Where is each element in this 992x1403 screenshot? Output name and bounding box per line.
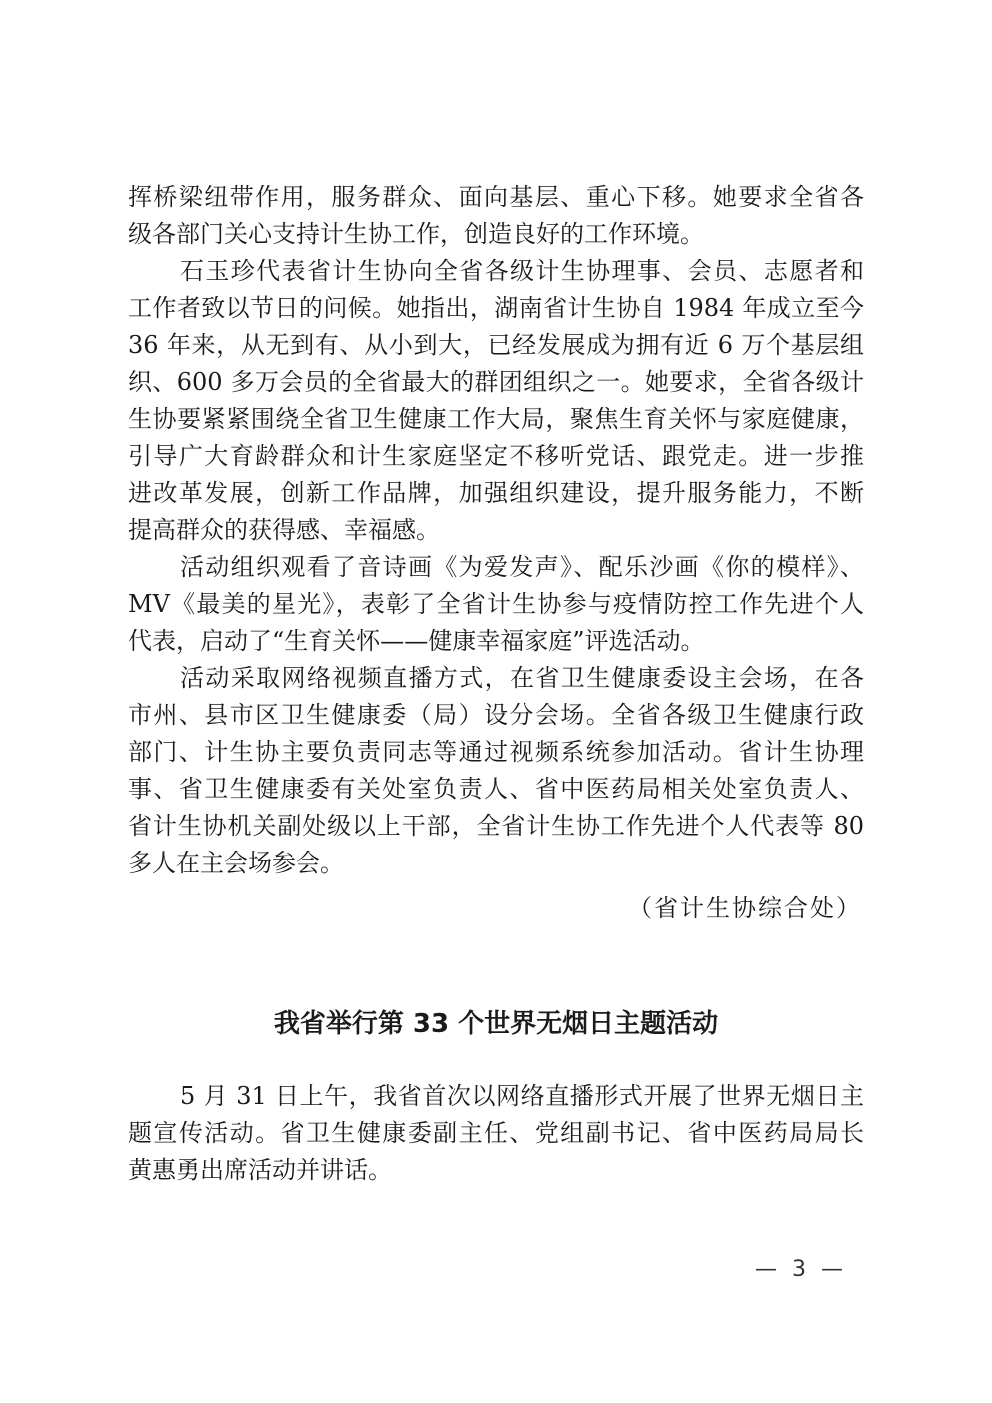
body-text-line: 部门、计生协主要负责同志等通过视频系统参加活动。省计生协理 <box>128 734 864 771</box>
body-text-line: 5 月 31 日上午，我省首次以网络直播形式开展了世界无烟日主 <box>180 1078 864 1115</box>
body-text-line: 活动组织观看了音诗画《为爱发声》、配乐沙画《你的模样》、 <box>180 549 864 586</box>
document-page: 挥桥梁纽带作用，服务群众、面向基层、重心下移。她要求全省各 级各部门关心支持计生… <box>0 0 992 1403</box>
article-signature: （省计生协综合处） <box>628 890 862 927</box>
body-text-line: 工作者致以节日的问候。她指出，湖南省计生协自 1984 年成立至今 <box>128 290 864 327</box>
body-text-line: 石玉珍代表省计生协向全省各级计生协理事、会员、志愿者和 <box>180 253 864 290</box>
body-text-line: 织、600 多万会员的全省最大的群团组织之一。她要求，全省各级计 <box>128 364 864 401</box>
body-text-line: MV《最美的星光》，表彰了全省计生协参与疫情防控工作先进个人 <box>128 586 864 623</box>
body-text-line: 题宣传活动。省卫生健康委副主任、党组副书记、省中医药局局长 <box>128 1115 864 1152</box>
body-text-line: 市州、县市区卫生健康委（局）设分会场。全省各级卫生健康行政 <box>128 697 864 734</box>
body-text-line: 生协要紧紧围绕全省卫生健康工作大局，聚焦生育关怀与家庭健康， <box>128 401 864 438</box>
body-text-line: 36 年来，从无到有、从小到大，已经发展成为拥有近 6 万个基层组 <box>128 327 864 364</box>
body-text-line: 黄惠勇出席活动并讲话。 <box>128 1152 864 1189</box>
body-text-line: 挥桥梁纽带作用，服务群众、面向基层、重心下移。她要求全省各 <box>128 179 864 216</box>
body-text-line: 代表，启动了“生育关怀——健康幸福家庭”评选活动。 <box>128 623 864 660</box>
body-text-line: 引导广大育龄群众和计生家庭坚定不移听党话、跟党走。进一步推 <box>128 438 864 475</box>
body-text-line: 级各部门关心支持计生协工作，创造良好的工作环境。 <box>128 216 864 253</box>
page-number: — 3 — <box>755 1255 847 1285</box>
body-text-line: 提高群众的获得感、幸福感。 <box>128 512 864 549</box>
article-title: 我省举行第 33 个世界无烟日主题活动 <box>0 1004 992 1044</box>
body-text-line: 省计生协机关副处级以上干部，全省计生协工作先进个人代表等 80 <box>128 808 864 845</box>
body-text-line: 活动采取网络视频直播方式，在省卫生健康委设主会场，在各 <box>180 660 864 697</box>
body-text-line: 事、省卫生健康委有关处室负责人、省中医药局相关处室负责人、 <box>128 771 864 808</box>
body-text-line: 多人在主会场参会。 <box>128 845 864 882</box>
body-text-line: 进改革发展，创新工作品牌，加强组织建设，提升服务能力，不断 <box>128 475 864 512</box>
